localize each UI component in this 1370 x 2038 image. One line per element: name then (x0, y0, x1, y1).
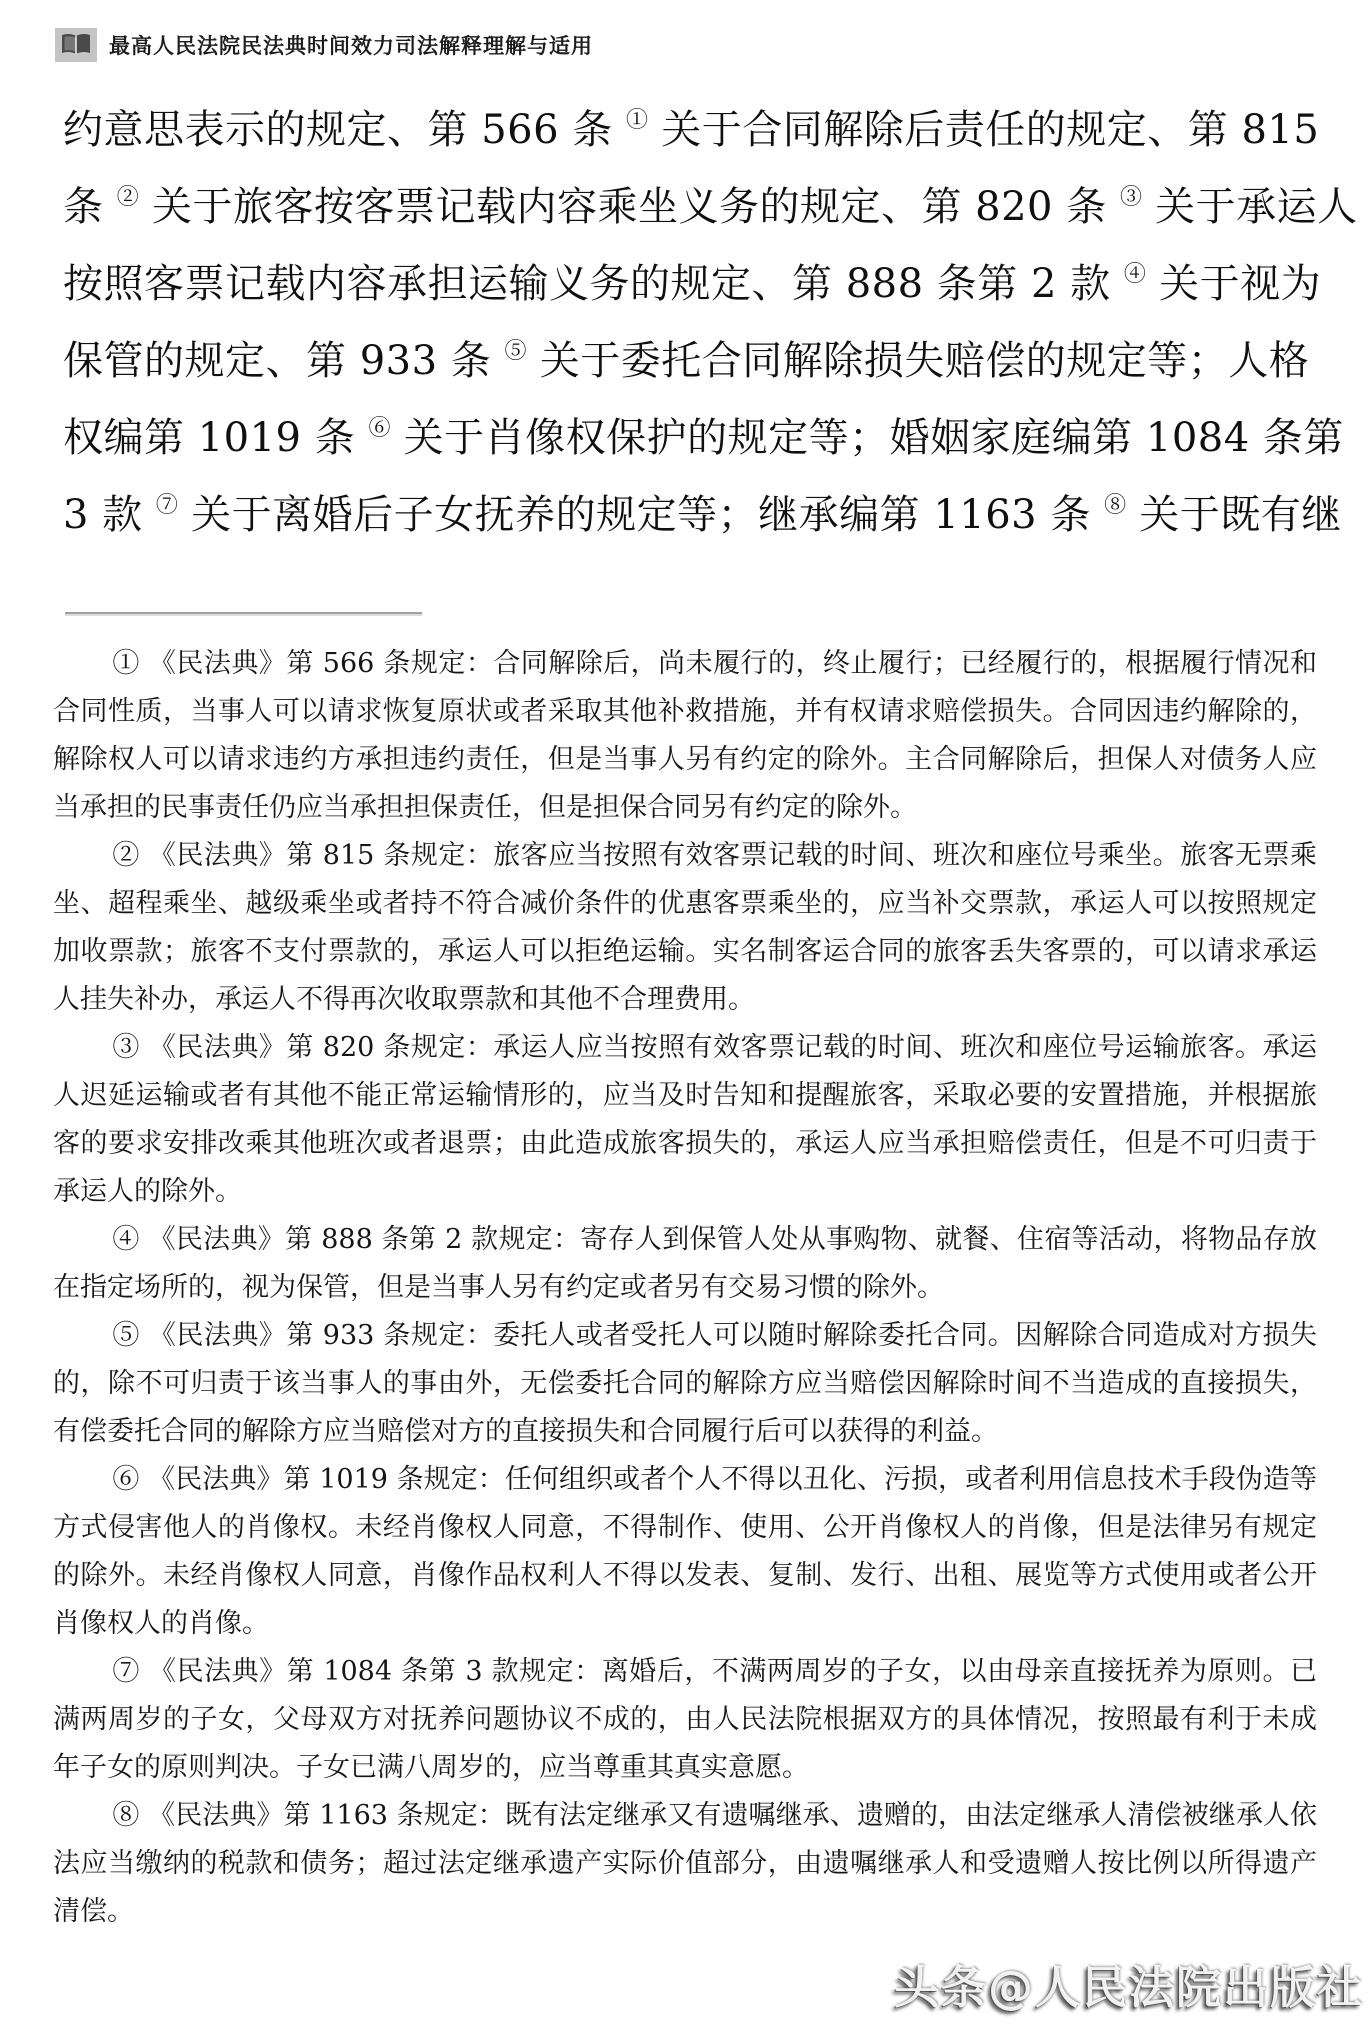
footnote-item: ③ 《民法典》第 820 条规定：承运人应当按照有效客票记载的时间、班次和座位号… (53, 1024, 1317, 1216)
footnote-item: ⑦ 《民法典》第 1084 条第 3 款规定：离婚后，不满两周岁的子女，以由母亲… (53, 1648, 1317, 1792)
body-line: 约意思表示的规定、第 566 条 ① 关于合同解除后责任的规定、第 815 (63, 92, 1307, 169)
footnotes-section: ① 《民法典》第 566 条规定：合同解除后，尚未履行的，终止履行；已经履行的，… (53, 640, 1317, 1936)
footnote-reference-mark: ⑤ (505, 339, 527, 364)
open-book-icon (55, 28, 97, 62)
book-page: { "header": { "icon": "open-book-icon", … (0, 0, 1370, 2038)
body-line: 按照客票记载内容承担运输义务的规定、第 888 条第 2 款 ④ 关于视为 (63, 246, 1307, 323)
footnote-item: ⑤ 《民法典》第 933 条规定：委托人或者受托人可以随时解除委托合同。因解除合… (53, 1312, 1317, 1456)
footnote-reference-mark: ④ (1124, 262, 1146, 287)
footnote-item: ① 《民法典》第 566 条规定：合同解除后，尚未履行的，终止履行；已经履行的，… (53, 640, 1317, 832)
footnote-item: ⑧ 《民法典》第 1163 条规定：既有法定继承又有遗嘱继承、遗赠的，由法定继承… (53, 1792, 1317, 1936)
footnote-divider (65, 612, 422, 614)
main-body-text: 约意思表示的规定、第 566 条 ① 关于合同解除后责任的规定、第 815条 ②… (63, 92, 1307, 554)
page-header: 最高人民法院民法典时间效力司法解释理解与适用 (0, 0, 1370, 62)
body-line: 3 款 ⑦ 关于离婚后子女抚养的规定等；继承编第 1163 条 ⑧ 关于既有继 (63, 477, 1307, 554)
footnote-reference-mark: ② (117, 185, 139, 210)
footnote-item: ⑥ 《民法典》第 1019 条规定：任何组织或者个人不得以丑化、污损，或者利用信… (53, 1456, 1317, 1648)
body-line: 权编第 1019 条 ⑥ 关于肖像权保护的规定等；婚姻家庭编第 1084 条第 (63, 400, 1307, 477)
publisher-watermark: 头条@人民法院出版社 (894, 1951, 1364, 2016)
footnote-item: ② 《民法典》第 815 条规定：旅客应当按照有效客票记载的时间、班次和座位号乘… (53, 832, 1317, 1024)
footnote-reference-mark: ⑧ (1104, 493, 1126, 518)
footnote-item: ④ 《民法典》第 888 条第 2 款规定：寄存人到保管人处从事购物、就餐、住宿… (53, 1216, 1317, 1312)
footnote-reference-mark: ⑦ (156, 493, 178, 518)
footnote-reference-mark: ① (626, 108, 648, 133)
body-line: 条 ② 关于旅客按客票记载内容乘坐义务的规定、第 820 条 ③ 关于承运人 (63, 169, 1307, 246)
footnote-reference-mark: ⑥ (368, 416, 390, 441)
page-title: 最高人民法院民法典时间效力司法解释理解与适用 (109, 30, 593, 60)
footnote-reference-mark: ③ (1120, 185, 1142, 210)
body-line: 保管的规定、第 933 条 ⑤ 关于委托合同解除损失赔偿的规定等；人格 (63, 323, 1307, 400)
